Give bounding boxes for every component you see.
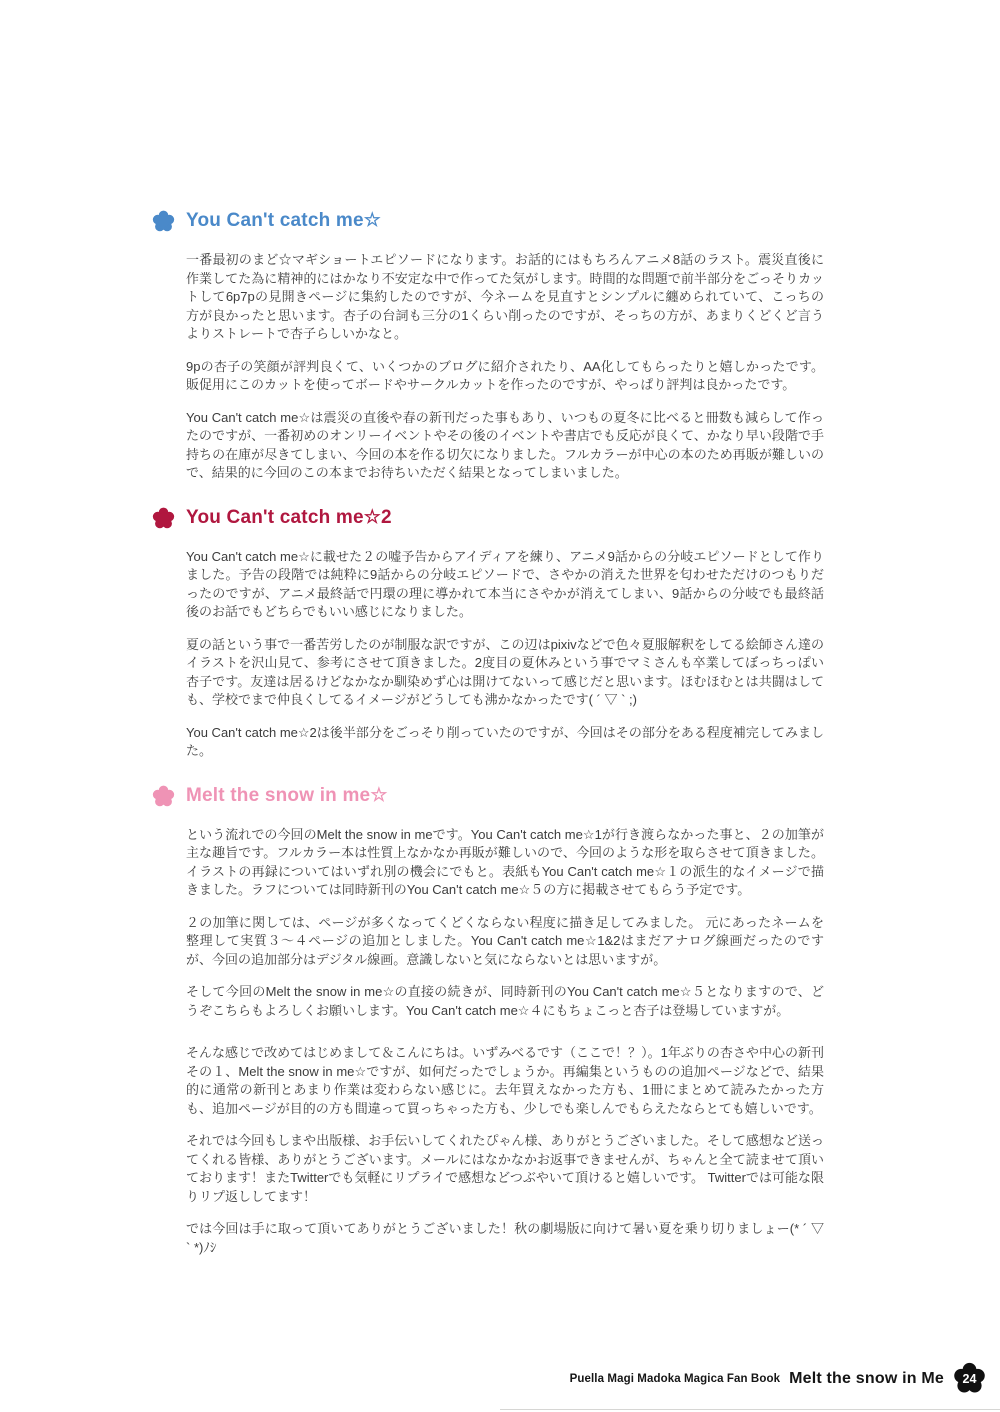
scan-edge-artifact bbox=[500, 1409, 1000, 1410]
afterword-text-column: You Can't catch me☆ 一番最初のまど☆マギショートエピソードに… bbox=[152, 210, 824, 1281]
footer-series-label: Puella Magi Madoka Magica Fan Book bbox=[570, 1373, 780, 1385]
paragraph: ２の加筆に関しては、ページが多くなってくどくならない程度に描き足してみました。 … bbox=[186, 914, 824, 970]
section-melt-the-snow-in-me: Melt the snow in me☆ という流れでの今回のMelt the … bbox=[152, 785, 824, 1258]
paragraph: 夏の話という事で一番苦労したのが制服な訳ですが、この辺はpixivなどで色々夏服… bbox=[186, 636, 824, 710]
page-number-badge: 24 bbox=[953, 1362, 986, 1395]
fanbook-afterword-page: You Can't catch me☆ 一番最初のまど☆マギショートエピソードに… bbox=[0, 0, 1000, 1412]
section-heading: You Can't catch me☆ bbox=[152, 210, 824, 233]
section-you-cant-catch-me-2: You Can't catch me☆2 You Can't catch me☆… bbox=[152, 507, 824, 761]
paragraph: では今回は手に取って頂いてありがとうございました！秋の劇場版に向けて暑い夏を乗り… bbox=[186, 1220, 824, 1257]
paragraph: You Can't catch me☆に載せた２の嘘予告からアイディアを練り、ア… bbox=[186, 548, 824, 622]
section-title: Melt the snow in me☆ bbox=[186, 785, 388, 808]
paragraph: You Can't catch me☆2は後半部分をごっそり削っていたのですが、… bbox=[186, 724, 824, 761]
section-title: You Can't catch me☆2 bbox=[186, 507, 392, 530]
section-title: You Can't catch me☆ bbox=[186, 210, 381, 233]
paragraph: 一番最初のまど☆マギショートエピソードになります。お話的にはもちろんアニメ8話の… bbox=[186, 251, 824, 344]
paragraph: そして今回のMelt the snow in me☆の直接の続きが、同時新刊のY… bbox=[186, 983, 824, 1020]
flower-icon bbox=[152, 507, 175, 530]
paragraph: You Can't catch me☆は震災の直後や春の新刊だった事もあり、いつ… bbox=[186, 409, 824, 483]
section-body: 一番最初のまど☆マギショートエピソードになります。お話的にはもちろんアニメ8話の… bbox=[152, 251, 824, 483]
footer-book-title: Melt the snow in Me bbox=[789, 1370, 944, 1388]
page-footer: Puella Magi Madoka Magica Fan Book Melt … bbox=[570, 1362, 986, 1395]
flower-icon bbox=[152, 210, 175, 233]
section-body: という流れでの今回のMelt the snow in meです。You Can'… bbox=[152, 826, 824, 1258]
paragraph: それでは今回もしまや出版様、お手伝いしてくれたぴゃん様、ありがとうございました。… bbox=[186, 1132, 824, 1206]
section-heading: You Can't catch me☆2 bbox=[152, 507, 824, 530]
paragraph: そんな感じで改めてはじめまして＆こんにちは。いずみべるです（ここで！？）。1年ぶ… bbox=[186, 1044, 824, 1118]
page-number: 24 bbox=[953, 1362, 986, 1395]
flower-icon bbox=[152, 785, 175, 808]
section-heading: Melt the snow in me☆ bbox=[152, 785, 824, 808]
paragraph: という流れでの今回のMelt the snow in meです。You Can'… bbox=[186, 826, 824, 900]
section-you-cant-catch-me: You Can't catch me☆ 一番最初のまど☆マギショートエピソードに… bbox=[152, 210, 824, 483]
section-body: You Can't catch me☆に載せた２の嘘予告からアイディアを練り、ア… bbox=[152, 548, 824, 761]
paragraph: 9pの杏子の笑顔が評判良くて、いくつかのブログに紹介されたり、AA化してもらった… bbox=[186, 358, 824, 395]
